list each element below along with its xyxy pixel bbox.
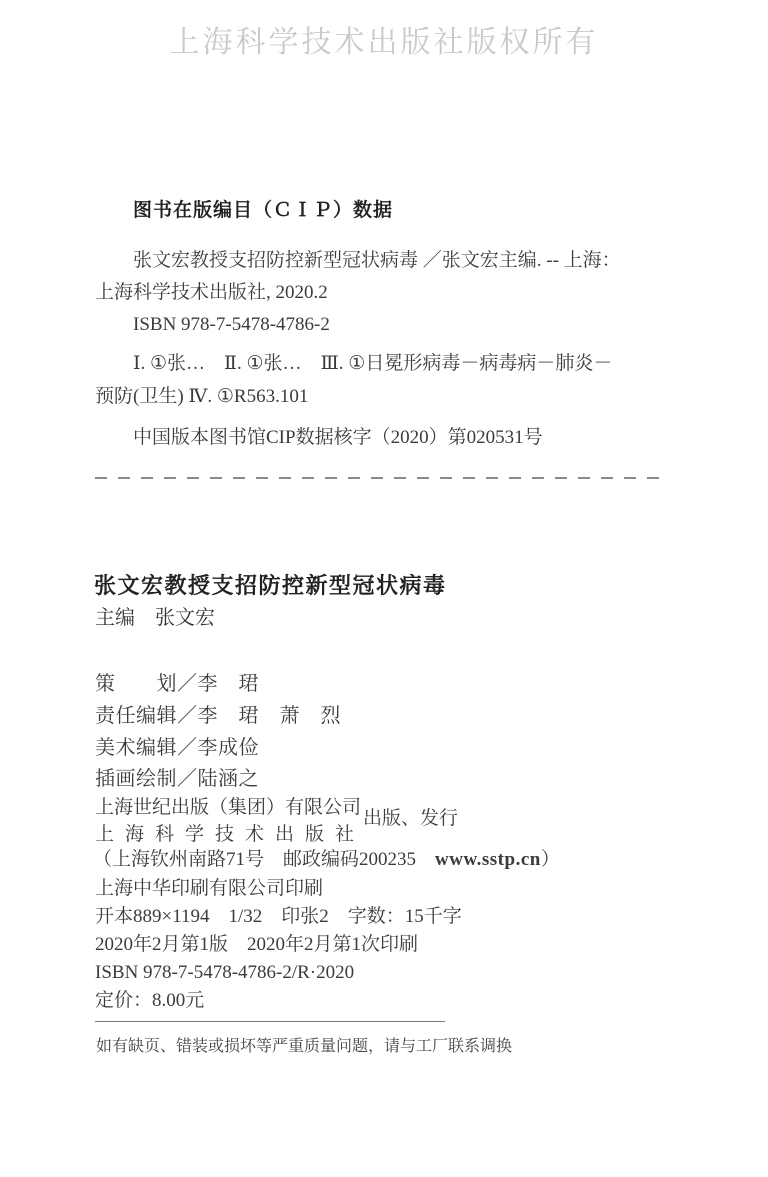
copyright-page: 上海科学技术出版社版权所有 图书在版编目（ＣＩＰ）数据 张文宏教授支招防控新型冠… <box>0 0 768 1177</box>
cip-classification-line-1: Ⅰ. ①张… Ⅱ. ①张… Ⅲ. ①日冕形病毒－病毒病－肺炎－ <box>133 352 612 376</box>
cip-record-number: 中国版本图书馆CIP数据核字（2020）第020531号 <box>133 426 543 450</box>
publisher-address-prefix: （上海钦州南路71号 邮政编码200235 <box>93 849 435 870</box>
book-editor: 主编 张文宏 <box>95 606 215 631</box>
cip-header: 图书在版编目（ＣＩＰ）数据 <box>133 199 393 223</box>
credit-responsible-editors: 责任编辑／李 珺 萧 烈 <box>95 704 341 729</box>
cip-entry-line-2: 上海科学技术出版社, 2020.2 <box>95 281 328 305</box>
footer-divider <box>95 1021 445 1022</box>
publisher-address-suffix: ） <box>541 849 560 870</box>
credit-art-editor: 美术编辑／李成俭 <box>95 736 259 761</box>
publisher-role: 出版、发行 <box>363 807 458 831</box>
credit-planner: 策 划／李 珺 <box>95 672 259 697</box>
colophon-isbn: ISBN 978-7-5478-4786-2/R·2020 <box>95 961 354 985</box>
publisher-group: 上海世纪出版（集团）有限公司 <box>95 796 361 820</box>
publisher-address: （上海钦州南路71号 邮政编码200235 www.sstp.cn） <box>93 848 560 872</box>
colophon-format: 开本889×1194 1/32 印张2 字数：15千字 <box>95 905 462 929</box>
cip-isbn: ISBN 978-7-5478-4786-2 <box>133 313 330 337</box>
colophon-printer: 上海中华印刷有限公司印刷 <box>95 877 323 901</box>
colophon-edition: 2020年2月第1版 2020年2月第1次印刷 <box>95 933 418 957</box>
publisher-watermark: 上海科学技术出版社版权所有 <box>0 24 768 62</box>
book-title: 张文宏教授支招防控新型冠状病毒 <box>94 572 447 600</box>
dashed-divider <box>95 477 668 479</box>
publisher-website: www.sstp.cn <box>435 849 541 870</box>
credit-illustrator: 插画绘制／陆涵之 <box>95 767 259 792</box>
cip-classification-line-2: 预防(卫生) Ⅳ. ①R563.101 <box>95 385 308 409</box>
cip-entry-line-1: 张文宏教授支招防控新型冠状病毒 ／张文宏主编. -- 上海： <box>133 249 621 273</box>
colophon-price: 定价：8.00元 <box>95 989 204 1013</box>
quality-note: 如有缺页、错装或损坏等严重质量问题，请与工厂联系调换 <box>96 1037 512 1057</box>
publisher-press: 上海科学技术出版社 <box>95 823 365 847</box>
